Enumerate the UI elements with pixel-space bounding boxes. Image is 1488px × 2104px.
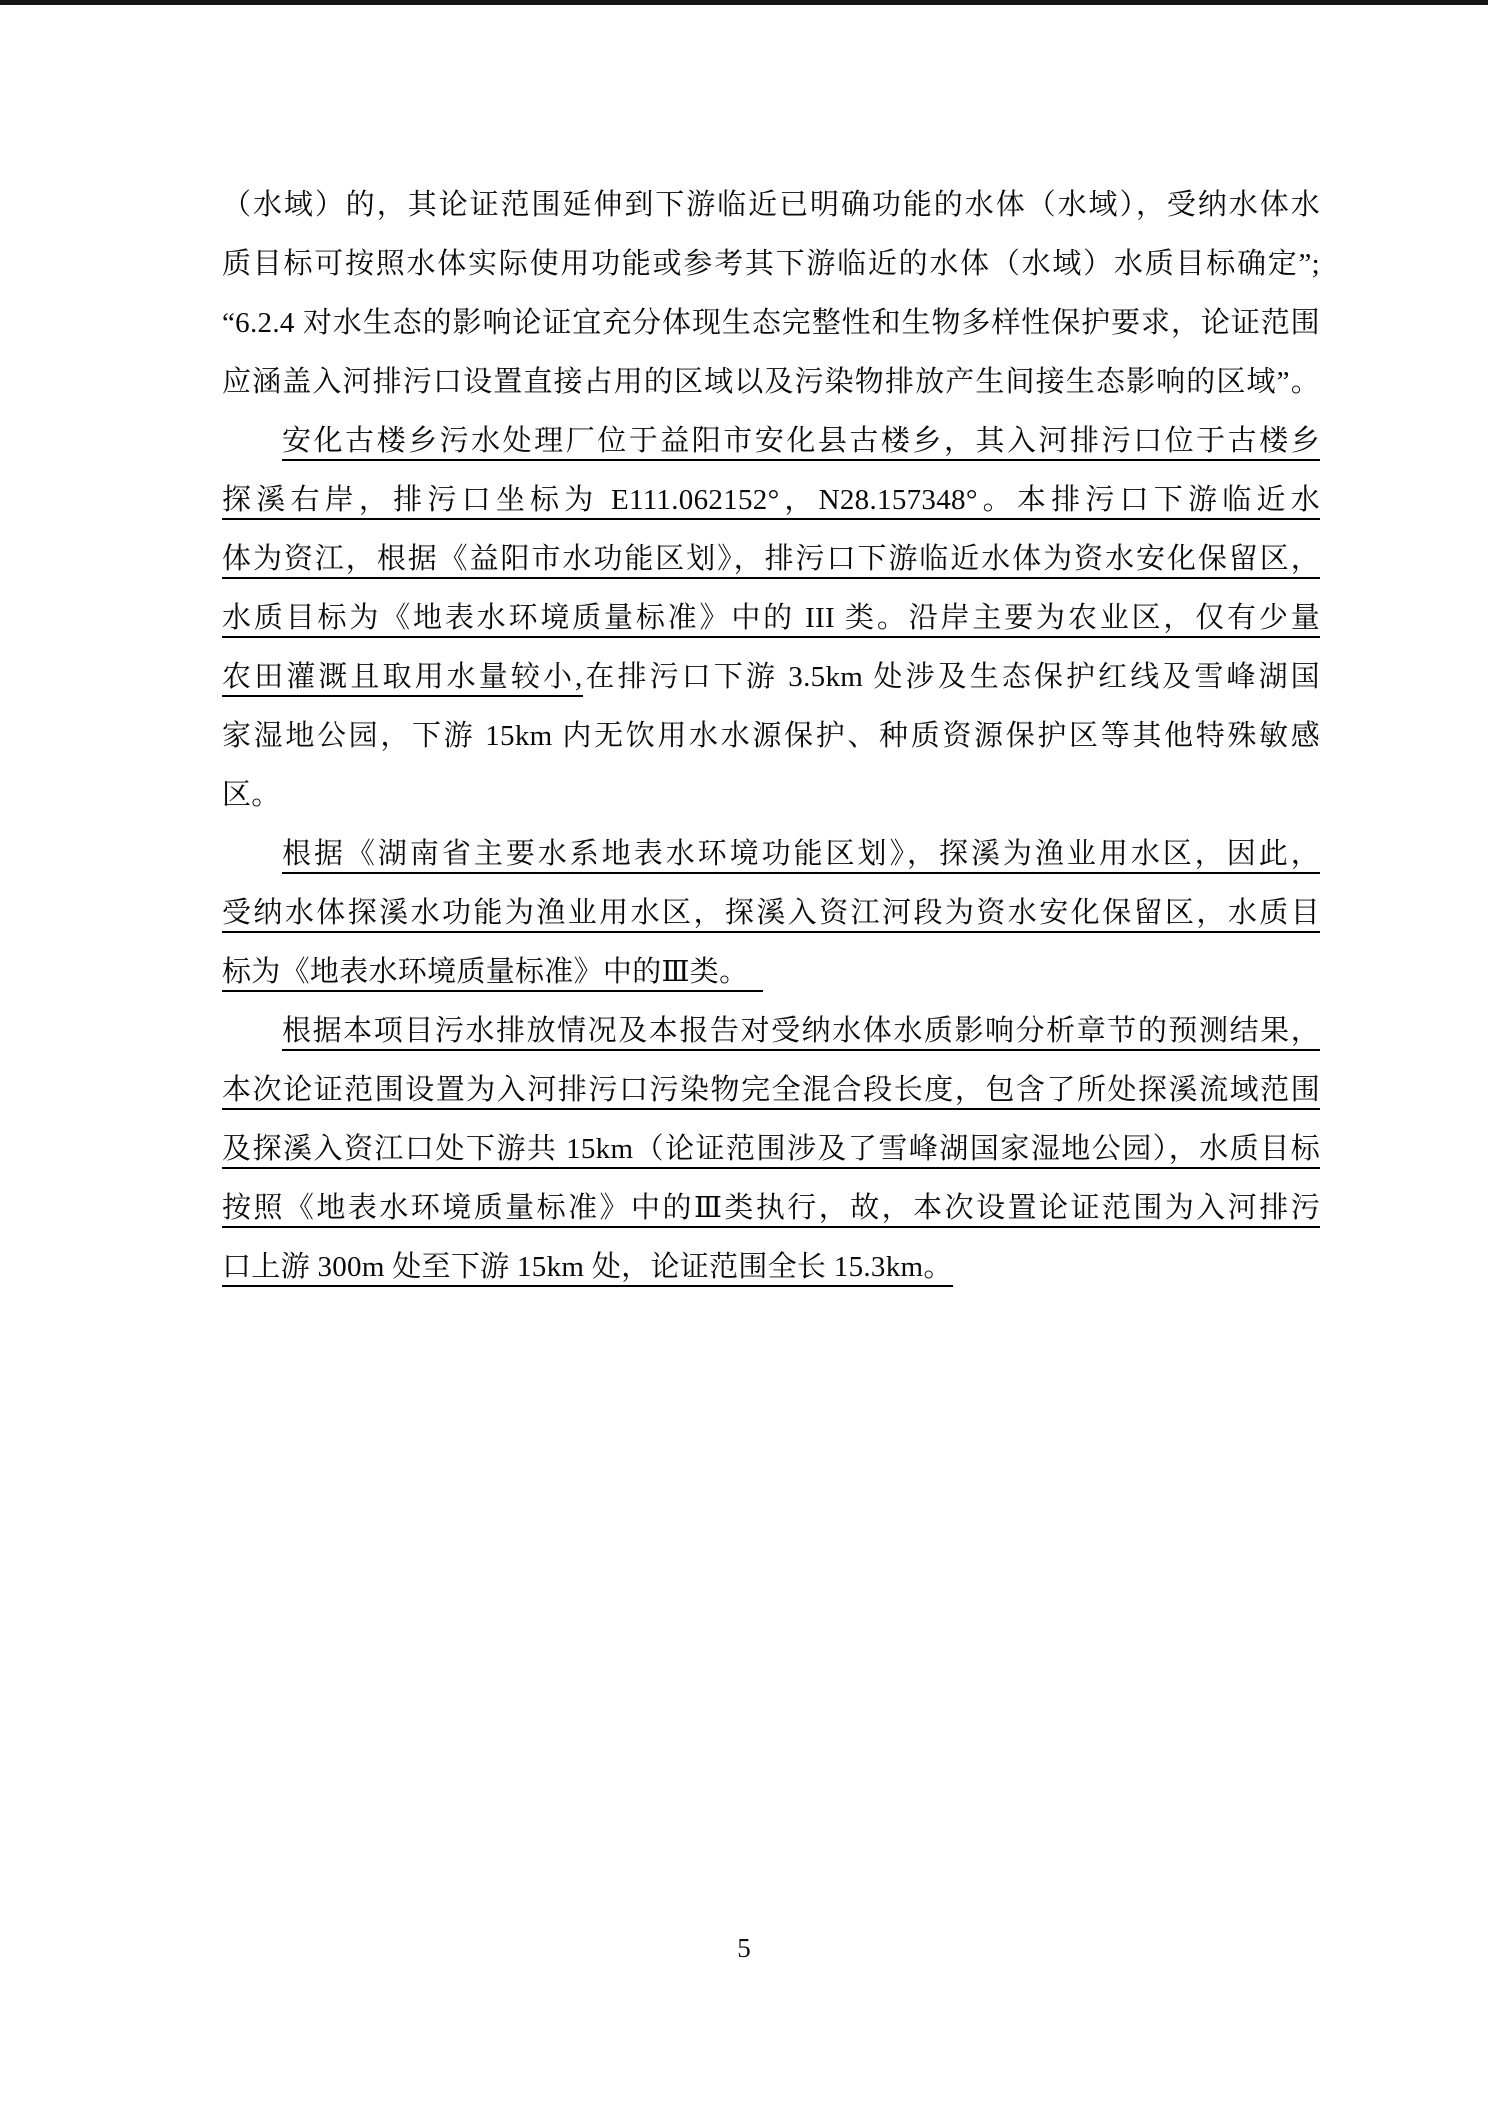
text-line: 应涵盖入河排污口设置直接占用的区域以及污染物排放产生间接生态影响的区域”。 [222,353,1320,412]
text-line: 安化古楼乡污水处理厂位于益阳市安化县古楼乡，其入河排污口位于古楼乡 [222,412,1320,471]
text-line: 水质目标为《地表水环境质量标准》中的 III 类。沿岸主要为农业区，仅有少量 [222,589,1320,648]
text-segment: 在排污口下游 3.5km 处涉及生态保护红线及雪峰湖国 [583,661,1320,693]
text-segment: “6.2.4 对水生态的影响论证宜充分体现生态完整性和生物多样性保护要求，论证范… [222,307,1320,339]
text-segment: （水域）的，其论证范围延伸到下游临近已明确功能的水体（水域），受纳水体水 [222,189,1320,221]
text-line: 根据本项目污水排放情况及本报告对受纳水体水质影响分析章节的预测结果， [222,1002,1320,1061]
underlined-text-segment: 口上游 300m 处至下游 15km 处，论证范围全长 15.3km。 [222,1251,953,1287]
text-line: 根据《湖南省主要水系地表水环境功能区划》，探溪为渔业用水区，因此， [222,825,1320,884]
text-line: 标为《地表水环境质量标准》中的Ⅲ类。 [222,943,1320,1002]
underlined-text-segment: 标为《地表水环境质量标准》中的Ⅲ类。 [222,956,763,992]
underlined-text-segment: 本次论证范围设置为入河排污口污染物完全混合段长度，包含了所处探溪流域范围 [222,1074,1320,1110]
text-line: 质目标可按照水体实际使用功能或参考其下游临近的水体（水域）水质目标确定”; [222,235,1320,294]
text-line: 区。 [222,766,1320,825]
text-line: 受纳水体探溪水功能为渔业用水区，探溪入资江河段为资水安化保留区，水质目 [222,884,1320,943]
underlined-text-segment: 及探溪入资江口处下游共 15km（论证范围涉及了雪峰湖国家湿地公园），水质目标 [222,1133,1320,1169]
text-line: 探溪右岸，排污口坐标为 E111.062152°，N28.157348°。本排污… [222,471,1320,530]
text-line: 本次论证范围设置为入河排污口污染物完全混合段长度，包含了所处探溪流域范围 [222,1061,1320,1120]
underlined-text-segment: 水质目标为《地表水环境质量标准》中的 III 类。沿岸主要为农业区，仅有少量 [222,602,1320,638]
text-line: “6.2.4 对水生态的影响论证宜充分体现生态完整性和生物多样性保护要求，论证范… [222,294,1320,353]
underlined-text-segment: 安化古楼乡污水处理厂位于益阳市安化县古楼乡，其入河排污口位于古楼乡 [282,425,1320,461]
underlined-text-segment: 受纳水体探溪水功能为渔业用水区，探溪入资江河段为资水安化保留区，水质目 [222,897,1320,933]
page-number: 5 [0,1932,1488,1964]
text-segment: 应涵盖入河排污口设置直接占用的区域以及污染物排放产生间接生态影响的区域”。 [222,366,1320,398]
text-line: 体为资江，根据《益阳市水功能区划》，排污口下游临近水体为资水安化保留区， [222,530,1320,589]
text-line: 按照《地表水环境质量标准》中的Ⅲ类执行，故，本次设置论证范围为入河排污 [222,1179,1320,1238]
text-segment: 区。 [222,779,281,811]
text-line: 家湿地公园，下游 15km 内无饮用水水源保护、种质资源保护区等其他特殊敏感 [222,707,1320,766]
underlined-text-segment: 根据本项目污水排放情况及本报告对受纳水体水质影响分析章节的预测结果， [282,1015,1320,1051]
text-line: 口上游 300m 处至下游 15km 处，论证范围全长 15.3km。 [222,1238,1320,1297]
document-body: （水域）的，其论证范围延伸到下游临近已明确功能的水体（水域），受纳水体水质目标可… [222,176,1320,1297]
text-line: 农田灌溉且取用水量较小,在排污口下游 3.5km 处涉及生态保护红线及雪峰湖国 [222,648,1320,707]
text-line: 及探溪入资江口处下游共 15km（论证范围涉及了雪峰湖国家湿地公园），水质目标 [222,1120,1320,1179]
underlined-text-segment: 按照《地表水环境质量标准》中的Ⅲ类执行，故，本次设置论证范围为入河排污 [222,1192,1320,1228]
underlined-text-segment: 体为资江，根据《益阳市水功能区划》，排污口下游临近水体为资水安化保留区， [222,543,1320,579]
underlined-text-segment: 农田灌溉且取用水量较小, [222,661,583,697]
paragraph: 根据本项目污水排放情况及本报告对受纳水体水质影响分析章节的预测结果，本次论证范围… [222,1002,1320,1297]
text-segment: 家湿地公园，下游 15km 内无饮用水水源保护、种质资源保护区等其他特殊敏感 [222,720,1320,752]
underlined-text-segment: 探溪右岸，排污口坐标为 E111.062152°，N28.157348°。本排污… [222,484,1320,520]
paragraph: “6.2.4 对水生态的影响论证宜充分体现生态完整性和生物多样性保护要求，论证范… [222,294,1320,412]
paragraph: 安化古楼乡污水处理厂位于益阳市安化县古楼乡，其入河排污口位于古楼乡探溪右岸，排污… [222,412,1320,825]
text-line: （水域）的，其论证范围延伸到下游临近已明确功能的水体（水域），受纳水体水 [222,176,1320,235]
scan-artifact-top [0,0,1488,5]
paragraph: 根据《湖南省主要水系地表水环境功能区划》，探溪为渔业用水区，因此，受纳水体探溪水… [222,825,1320,1002]
text-segment: 质目标可按照水体实际使用功能或参考其下游临近的水体（水域）水质目标确定”; [222,248,1320,280]
paragraph: （水域）的，其论证范围延伸到下游临近已明确功能的水体（水域），受纳水体水质目标可… [222,176,1320,294]
underlined-text-segment: 根据《湖南省主要水系地表水环境功能区划》，探溪为渔业用水区，因此， [282,838,1320,874]
